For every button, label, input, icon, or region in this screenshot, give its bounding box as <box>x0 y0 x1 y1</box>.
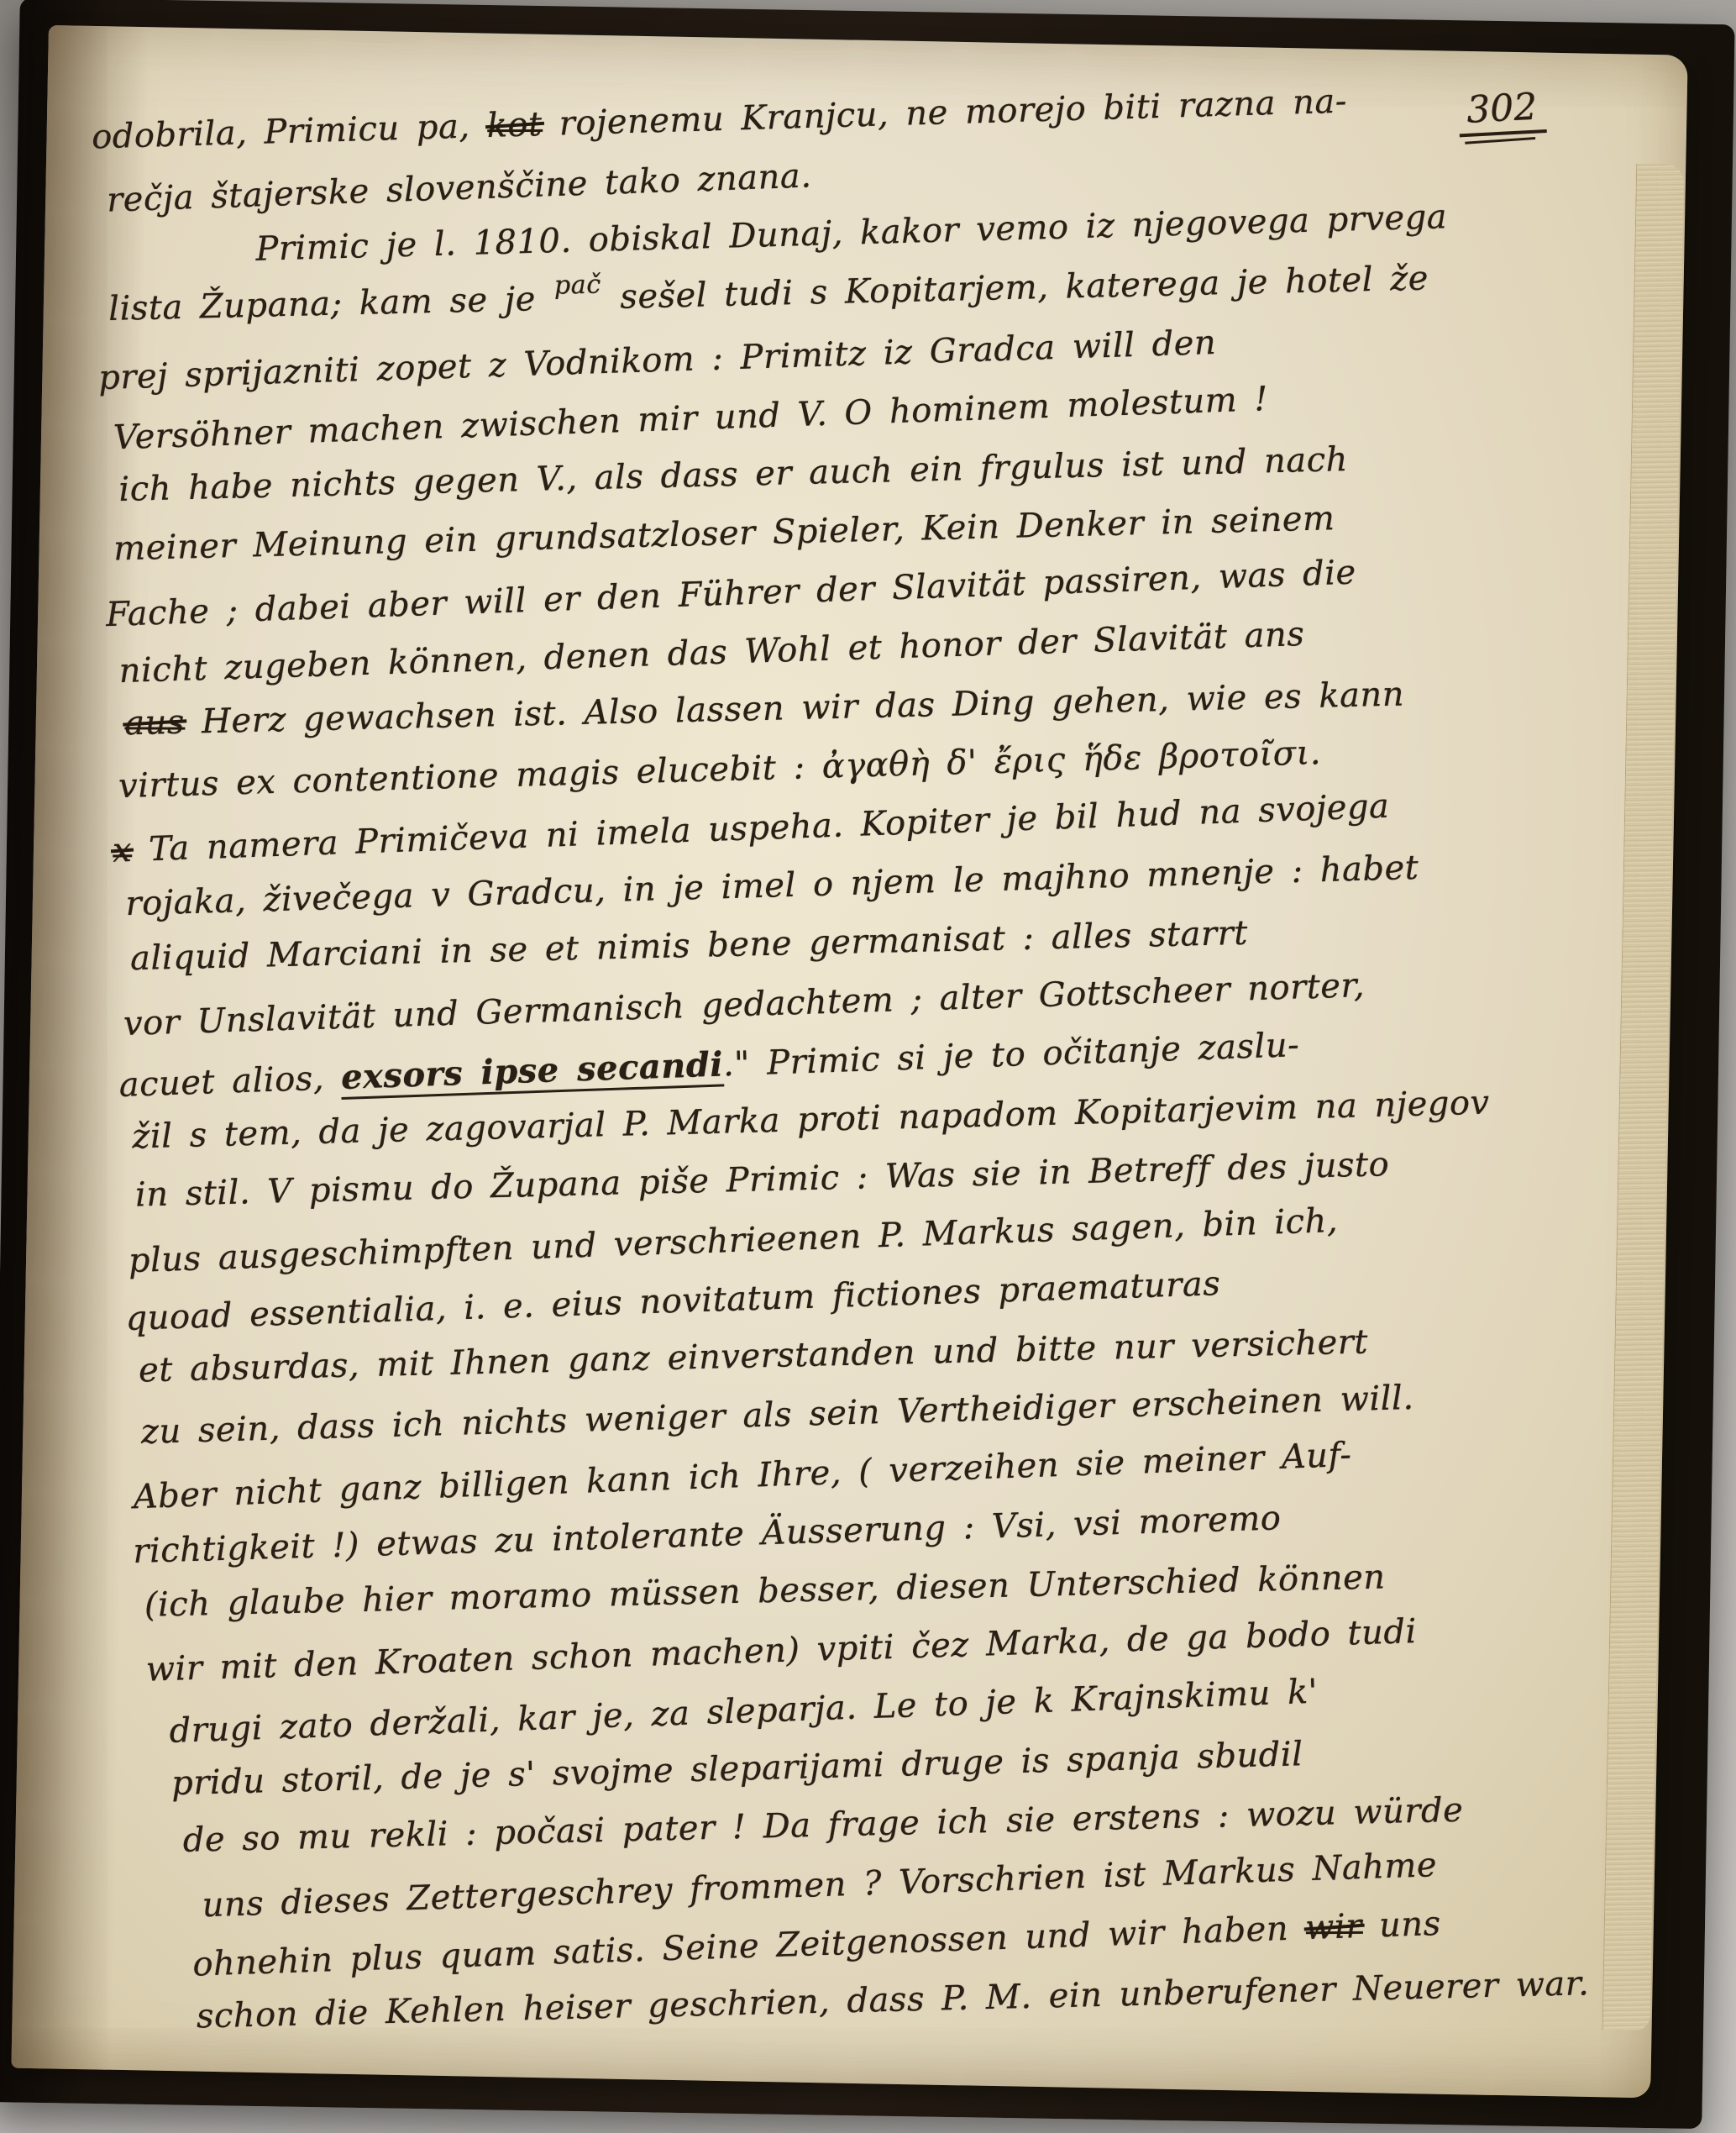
struck-word: aus <box>124 703 186 743</box>
underlined-phrase: exsors ipse secandi <box>340 1044 724 1100</box>
photo-background: 302 odobrila, Primicu pa, kot rojenemu K… <box>0 0 1736 2133</box>
manuscript-text: odobrila, Primicu pa, kot rojenemu Kranj… <box>82 66 1688 2048</box>
struck-word: wir <box>1304 1907 1362 1947</box>
struck-word: x <box>112 831 133 870</box>
manuscript-page: 302 odobrila, Primicu pa, kot rojenemu K… <box>11 25 1687 2098</box>
struck-word: kot <box>486 105 543 145</box>
inserted-word: pač <box>553 255 602 315</box>
